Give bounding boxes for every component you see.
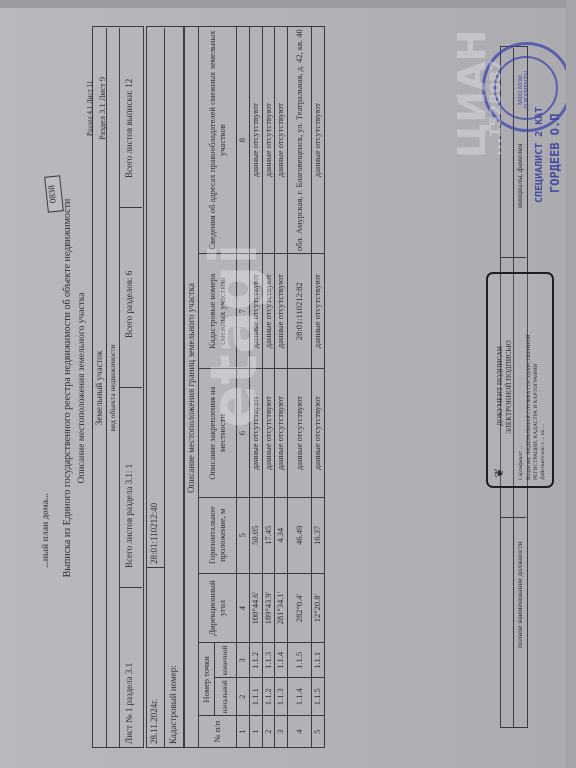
round-seal-text: МФЦ МОИ ДОКУМЕНТЫ (518, 62, 530, 118)
document-subtitle: Описание местоположения земельного участ… (77, 88, 87, 688)
table-row: 41.1.41.1.5 282°0.4'46.49данные отсутств… (288, 27, 312, 748)
position-caption: полное наименование должности (515, 541, 524, 648)
sheets-total: Всего листов выписки: 12 (124, 79, 134, 178)
object-type-caption: вид объекта недвижимости (108, 28, 117, 748)
emblem-icon: ❦ (492, 468, 507, 478)
table-caption: Описание местоположения границ земельног… (186, 28, 196, 748)
sheet-total-section: Всего листов раздела 3.1: 1 (124, 464, 134, 568)
col-header-owners: Сведения об адресах правообладателей сме… (199, 27, 237, 254)
table-row: 31.1.31.1.4 281°34.1'4.34данные отсутств… (275, 27, 288, 748)
sheet-label: Лист № 1 раздела 3.1 (124, 663, 134, 744)
object-type: Земельный участок (94, 28, 104, 748)
document-sheet: 0838 Раздел 4.1 Лист 11 Раздел 3.1 Лист … (0, 8, 566, 768)
watermark-cian-id: ...1528087 (486, 60, 505, 156)
e-signature-box: ❦ ДОКУМЕНТ ПОДПИСАН ЭЛЕКТРОННОЙ ПОДПИСЬЮ… (486, 272, 554, 488)
sections-total: Всего разделов: 6 (124, 271, 134, 338)
page-edge (566, 0, 576, 768)
watermark-etagi: etagi (198, 243, 272, 428)
cadastral-number: 28:01:110212:40 (149, 503, 159, 564)
document-date: 28.11.2024г. (149, 699, 159, 744)
col-header-num: № п/п (199, 716, 237, 748)
col-header-angle: Дирекционный угол (199, 573, 237, 643)
cadastral-label: Кадастровый номер: (168, 665, 178, 744)
col-header-start: начальной (215, 678, 237, 716)
col-header-distance: Горизонтальное проложение, м (199, 497, 237, 573)
col-header-end: конечной (215, 643, 237, 678)
signature-caption: инициалы, фамилия (515, 144, 524, 208)
col-header-point: Номер точки (199, 643, 215, 716)
table-row: 51.1.51.1.1 12°20.8'16.37данные отсутств… (312, 27, 325, 748)
header-tag: 0838 (44, 175, 64, 212)
document-title: Выписка из Единого государственного реес… (62, 88, 73, 688)
handwritten-note: ...ный план дома... (40, 493, 50, 568)
